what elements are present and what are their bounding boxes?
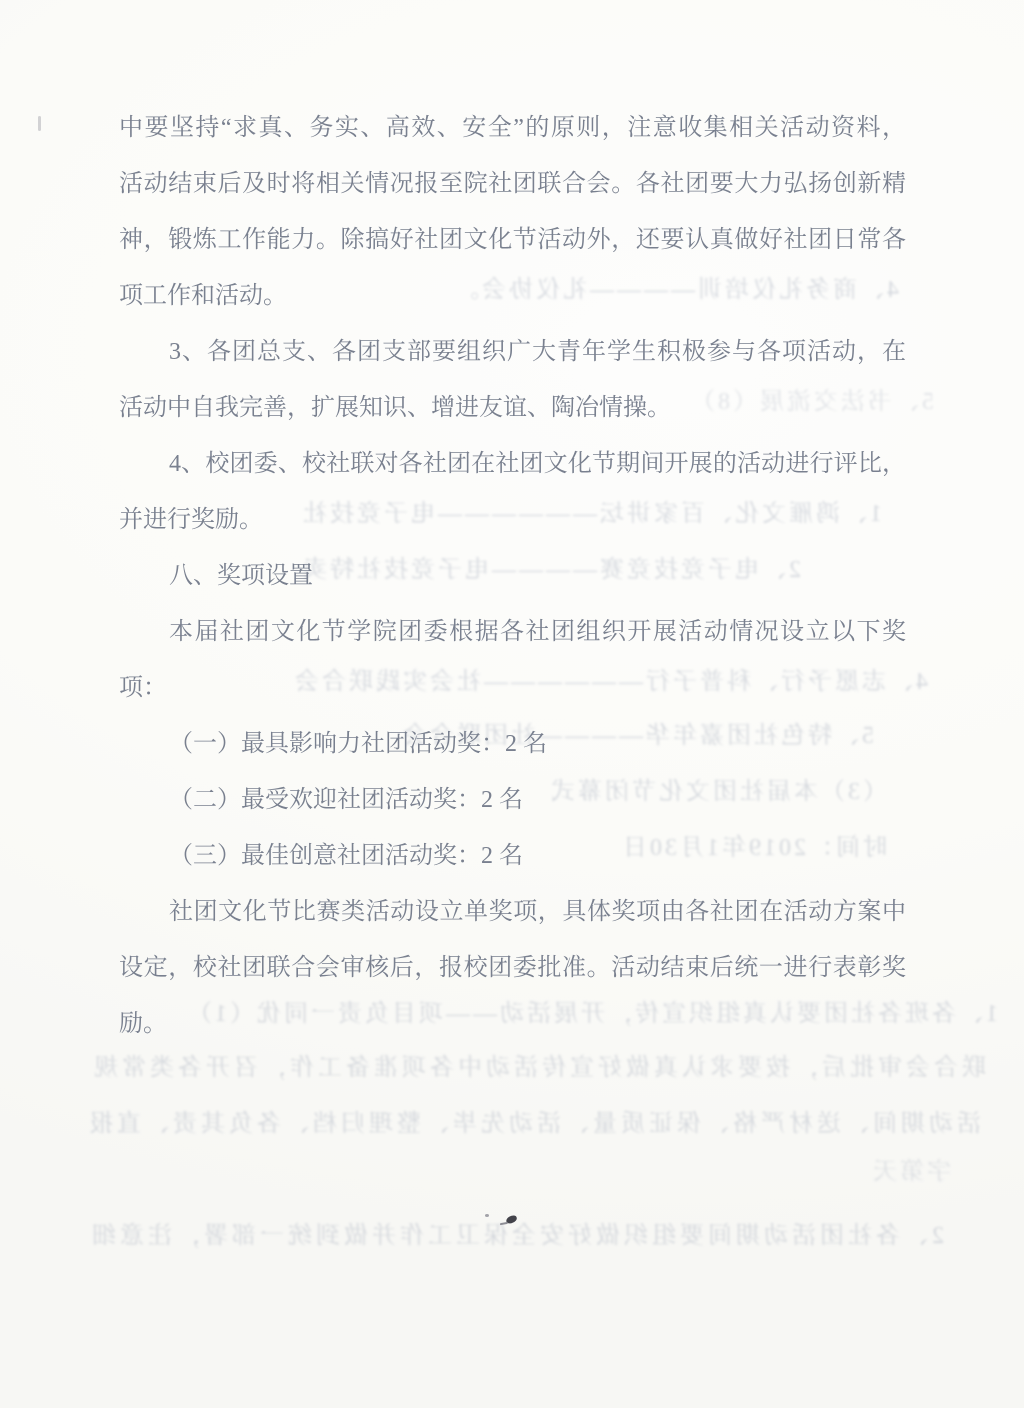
- text-line: 神，锻炼工作能力。除搞好社团文化节活动外，还要认真做好社团日常各: [119, 212, 906, 268]
- text-line: 活动中自我完善，扩展知识、增进友谊、陶冶情操。: [119, 380, 906, 436]
- text-line: 4、校团委、校社联对各社团在社团文化节期间开展的活动进行评比，: [119, 436, 906, 492]
- text-line: 活动结束后及时将相关情况报至院社团联合会。各社团要大力弘扬创新精: [119, 156, 906, 212]
- text-line award-item: （三）最佳创意社团活动奖：2 名: [119, 828, 906, 884]
- scanned-document-page: { "page": { "kind": "scanned printed doc…: [0, 0, 1024, 1408]
- ink-dot: [485, 1214, 489, 1217]
- text-line: 项工作和活动。: [119, 268, 906, 324]
- text-line: 设定，校社团联合会审核后，报校团委批准。活动结束后统一进行表彰奖: [119, 940, 906, 996]
- bleed-through-line: 活动期间、送材严格、保证质量、活动先毕、整理归档、各负其责、直报: [85, 1110, 981, 1138]
- text-line: 项：: [119, 660, 906, 716]
- document-text: 中要坚持“求真、务实、高效、安全”的原则，注意收集相关活动资料， 活动结束后及时…: [119, 100, 906, 1052]
- text-line award-item: （一）最具影响力社团活动奖：2 名: [119, 716, 906, 772]
- text-line award-item: （二）最受欢迎社团活动奖：2 名: [119, 772, 906, 828]
- text-line: 本届社团文化节学院团委根据各社团组织开展活动情况设立以下奖: [119, 604, 906, 660]
- bleed-through-line: 字第天: [870, 1158, 951, 1186]
- bleed-through-line: 2、各社团活动期间要组织做好安全保卫工作并做到统一部署，注意细: [88, 1222, 944, 1250]
- text-line: 中要坚持“求真、务实、高效、安全”的原则，注意收集相关活动资料，: [119, 100, 906, 156]
- text-line: 3、各团总支、各团支部要组织广大青年学生积极参与各项活动，在: [119, 324, 906, 380]
- text-line: 并进行奖励。: [119, 492, 906, 548]
- bleed-through-line: 联合会审批后，按要求认真做好宣传活动中各项准备工作，召开各类常规: [90, 1054, 986, 1082]
- scanner-edge-tick: [38, 116, 41, 131]
- text-line: 社团文化节比赛类活动设立单奖项，具体奖项由各社团在活动方案中: [119, 884, 906, 940]
- text-line: 励。: [119, 996, 906, 1052]
- text-line section-heading: 八、奖项设置: [119, 548, 906, 604]
